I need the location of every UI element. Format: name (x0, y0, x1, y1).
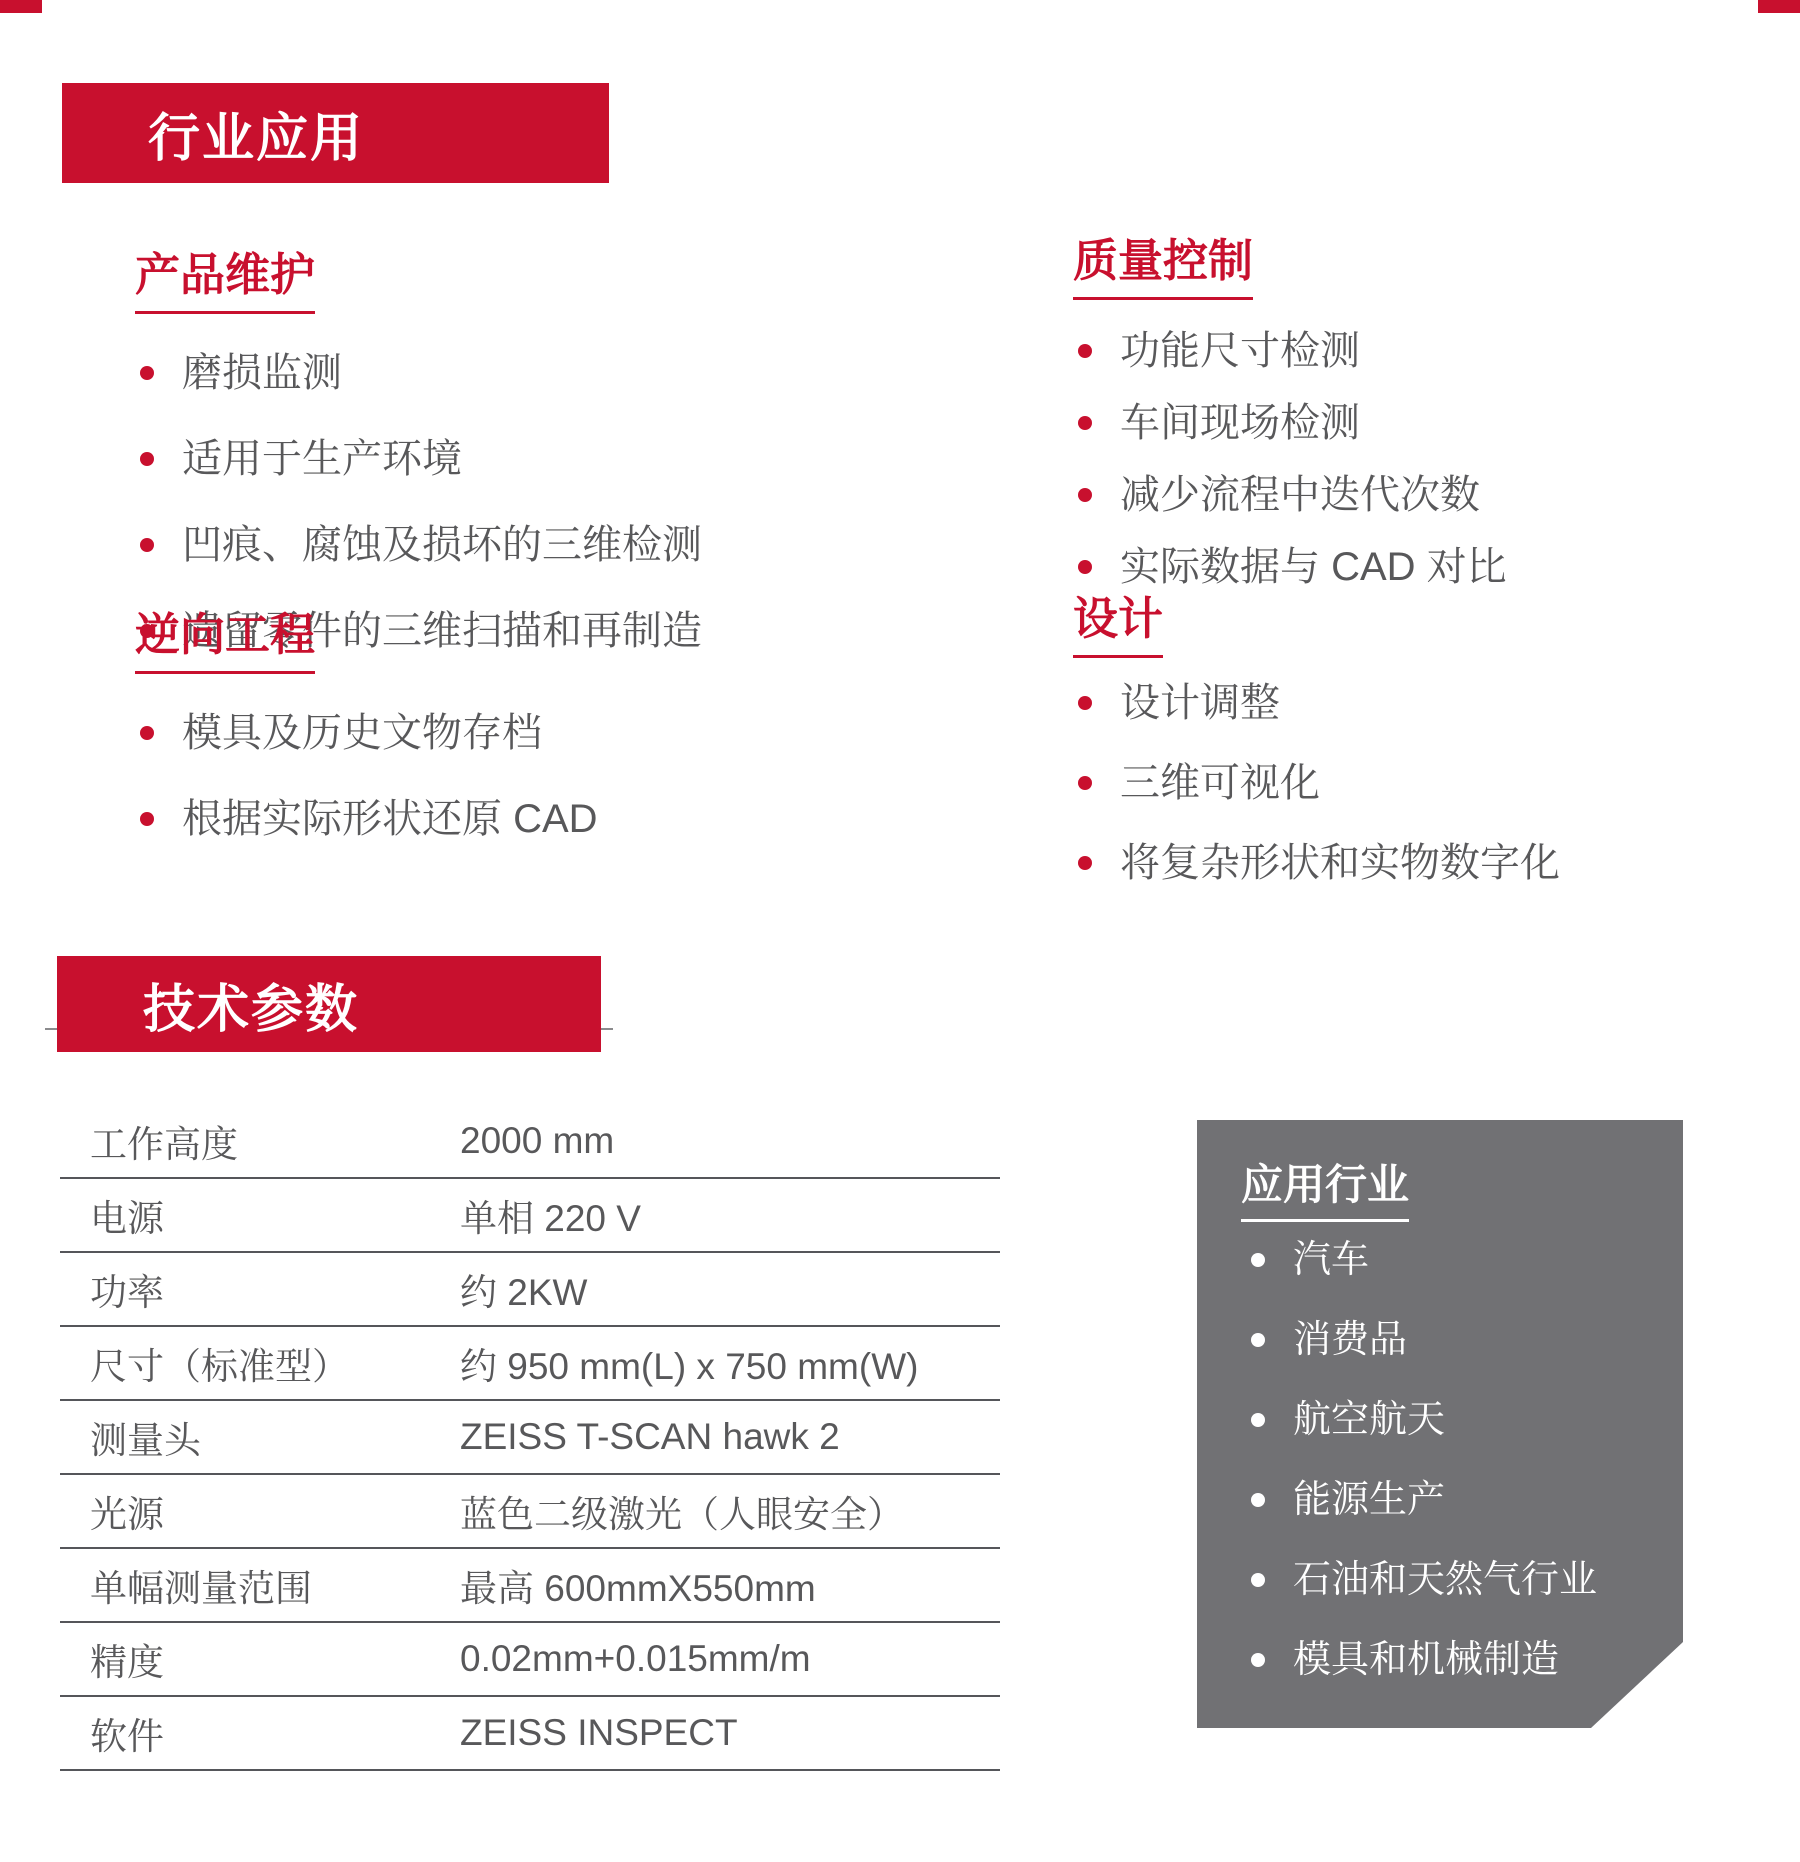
list-item: 车间现场检测 (1076, 398, 1736, 448)
spec-value: 蓝色二级激光（人眼安全） (460, 1484, 1000, 1538)
list-item-label: 减少流程中迭代次数 (1120, 470, 1480, 520)
spec-value: ZEISS INSPECT (460, 1712, 1000, 1754)
bullet-icon (1078, 344, 1092, 358)
bullet-icon (1078, 488, 1092, 502)
spec-value: 0.02mm+0.015mm/m (460, 1638, 1000, 1680)
spec-label: 电源 (60, 1188, 460, 1242)
list-item-label: 汽车 (1293, 1236, 1369, 1284)
application-industries-title-label: 应用行业 (1241, 1152, 1409, 1222)
spec-value: 2000 mm (460, 1120, 1000, 1162)
list-item-label: 航空航天 (1293, 1396, 1445, 1444)
list-item: 凹痕、腐蚀及损坏的三维检测 (138, 520, 958, 570)
list-item: 功能尺寸检测 (1076, 326, 1736, 376)
list-item-label: 适用于生产环境 (182, 434, 462, 484)
list-item: 根据实际形状还原 CAD (138, 794, 958, 844)
list-item: 实际数据与 CAD 对比 (1076, 542, 1736, 592)
list-item-label: 功能尺寸检测 (1120, 326, 1360, 376)
list-item: 减少流程中迭代次数 (1076, 470, 1736, 520)
page-corner-mark-left (0, 0, 42, 13)
heading-reverse-engineering: 逆向工程 (135, 598, 315, 674)
bullet-icon (1078, 776, 1092, 790)
bullet-icon (1251, 1573, 1265, 1587)
table-row: 电源 单相 220 V (60, 1179, 1000, 1253)
list-item: 磨损监测 (138, 348, 958, 398)
table-row: 工作高度 2000 mm (60, 1105, 1000, 1179)
list-item: 模具及历史文物存档 (138, 708, 958, 758)
table-row: 精度 0.02mm+0.015mm/m (60, 1623, 1000, 1697)
table-row: 测量头 ZEISS T-SCAN hawk 2 (60, 1401, 1000, 1475)
list-item-label: 设计调整 (1120, 678, 1280, 728)
spec-table: 工作高度 2000 mm 电源 单相 220 V 功率 约 2KW 尺寸（标准型… (60, 1105, 1000, 1771)
heading-design-label: 设计 (1073, 582, 1163, 658)
list-item: 将复杂形状和实物数字化 (1076, 838, 1736, 888)
list-item: 模具和机械制造 (1249, 1636, 1597, 1684)
spec-label: 光源 (60, 1484, 460, 1538)
bullet-icon (1251, 1333, 1265, 1347)
bullet-icon (140, 538, 154, 552)
list-item: 航空航天 (1249, 1396, 1597, 1444)
bullet-icon (1251, 1413, 1265, 1427)
spec-value: 约 2KW (460, 1262, 1000, 1316)
table-row: 软件 ZEISS INSPECT (60, 1697, 1000, 1771)
page-corner-mark-right (1758, 0, 1800, 13)
list-item: 适用于生产环境 (138, 434, 958, 484)
bullet-icon (1078, 856, 1092, 870)
list-item-label: 模具及历史文物存档 (182, 708, 542, 758)
spec-label: 精度 (60, 1632, 460, 1686)
bullet-icon (1078, 560, 1092, 574)
design-list: 设计调整 三维可视化 将复杂形状和实物数字化 (1076, 678, 1736, 918)
table-row: 单幅测量范围 最高 600mmX550mm (60, 1549, 1000, 1623)
list-item-label: 石油和天然气行业 (1293, 1556, 1597, 1604)
list-item: 三维可视化 (1076, 758, 1736, 808)
list-item-label: 将复杂形状和实物数字化 (1120, 838, 1560, 888)
list-item: 石油和天然气行业 (1249, 1556, 1597, 1604)
heading-quality-control: 质量控制 (1073, 224, 1253, 300)
list-item-label: 车间现场检测 (1120, 398, 1360, 448)
application-industries-list: 汽车 消费品 航空航天 能源生产 石油和天然气行业 模具和机械制造 (1249, 1236, 1597, 1716)
bullet-icon (1078, 416, 1092, 430)
industry-applications-banner-label: 行业应用 (62, 96, 364, 171)
heading-product-maintenance: 产品维护 (135, 238, 315, 314)
spec-value: 约 950 mm(L) x 750 mm(W) (460, 1336, 1000, 1390)
bullet-icon (140, 366, 154, 380)
application-industries-box: 应用行业 汽车 消费品 航空航天 能源生产 石油和天然气行业 模具和机械制造 (1197, 1120, 1683, 1728)
spec-value: ZEISS T-SCAN hawk 2 (460, 1416, 1000, 1458)
list-item-label: 磨损监测 (182, 348, 342, 398)
bullet-icon (1251, 1653, 1265, 1667)
table-row: 功率 约 2KW (60, 1253, 1000, 1327)
heading-quality-control-label: 质量控制 (1073, 224, 1253, 300)
bullet-icon (140, 452, 154, 466)
datasheet-page: { "colors": { "accent_red": "#C8102E", "… (0, 0, 1800, 1862)
industry-applications-banner: 行业应用 (62, 83, 609, 183)
list-item-label: 实际数据与 CAD 对比 (1120, 542, 1507, 592)
table-row: 光源 蓝色二级激光（人眼安全） (60, 1475, 1000, 1549)
list-item: 设计调整 (1076, 678, 1736, 728)
bullet-icon (1078, 696, 1092, 710)
list-item-label: 三维可视化 (1120, 758, 1320, 808)
heading-product-maintenance-label: 产品维护 (135, 238, 315, 314)
bullet-icon (1251, 1253, 1265, 1267)
list-item-label: 模具和机械制造 (1293, 1636, 1559, 1684)
quality-control-list: 功能尺寸检测 车间现场检测 减少流程中迭代次数 实际数据与 CAD 对比 (1076, 326, 1736, 614)
list-item-label: 消费品 (1293, 1316, 1407, 1364)
bullet-icon (1251, 1493, 1265, 1507)
list-item: 汽车 (1249, 1236, 1597, 1284)
heading-design: 设计 (1073, 582, 1163, 658)
spec-value: 单相 220 V (460, 1188, 1000, 1242)
spec-label: 功率 (60, 1262, 460, 1316)
heading-reverse-engineering-label: 逆向工程 (135, 598, 315, 674)
spec-value: 最高 600mmX550mm (460, 1558, 1000, 1612)
spec-label: 软件 (60, 1706, 460, 1760)
spec-label: 测量头 (60, 1410, 460, 1464)
application-industries-title: 应用行业 (1241, 1152, 1409, 1222)
list-item-label: 凹痕、腐蚀及损坏的三维检测 (182, 520, 702, 570)
list-item-label: 根据实际形状还原 CAD (182, 794, 598, 844)
technical-parameters-banner: 技术参数 (57, 956, 601, 1052)
reverse-engineering-list: 模具及历史文物存档 根据实际形状还原 CAD (138, 708, 958, 880)
list-item: 消费品 (1249, 1316, 1597, 1364)
technical-parameters-banner-label: 技术参数 (57, 967, 359, 1042)
bullet-icon (140, 812, 154, 826)
table-row: 尺寸（标准型） 约 950 mm(L) x 750 mm(W) (60, 1327, 1000, 1401)
bullet-icon (140, 726, 154, 740)
spec-label: 工作高度 (60, 1114, 460, 1168)
list-item-label: 能源生产 (1293, 1476, 1445, 1524)
list-item: 能源生产 (1249, 1476, 1597, 1524)
spec-label: 单幅测量范围 (60, 1558, 460, 1612)
spec-label: 尺寸（标准型） (60, 1336, 460, 1390)
